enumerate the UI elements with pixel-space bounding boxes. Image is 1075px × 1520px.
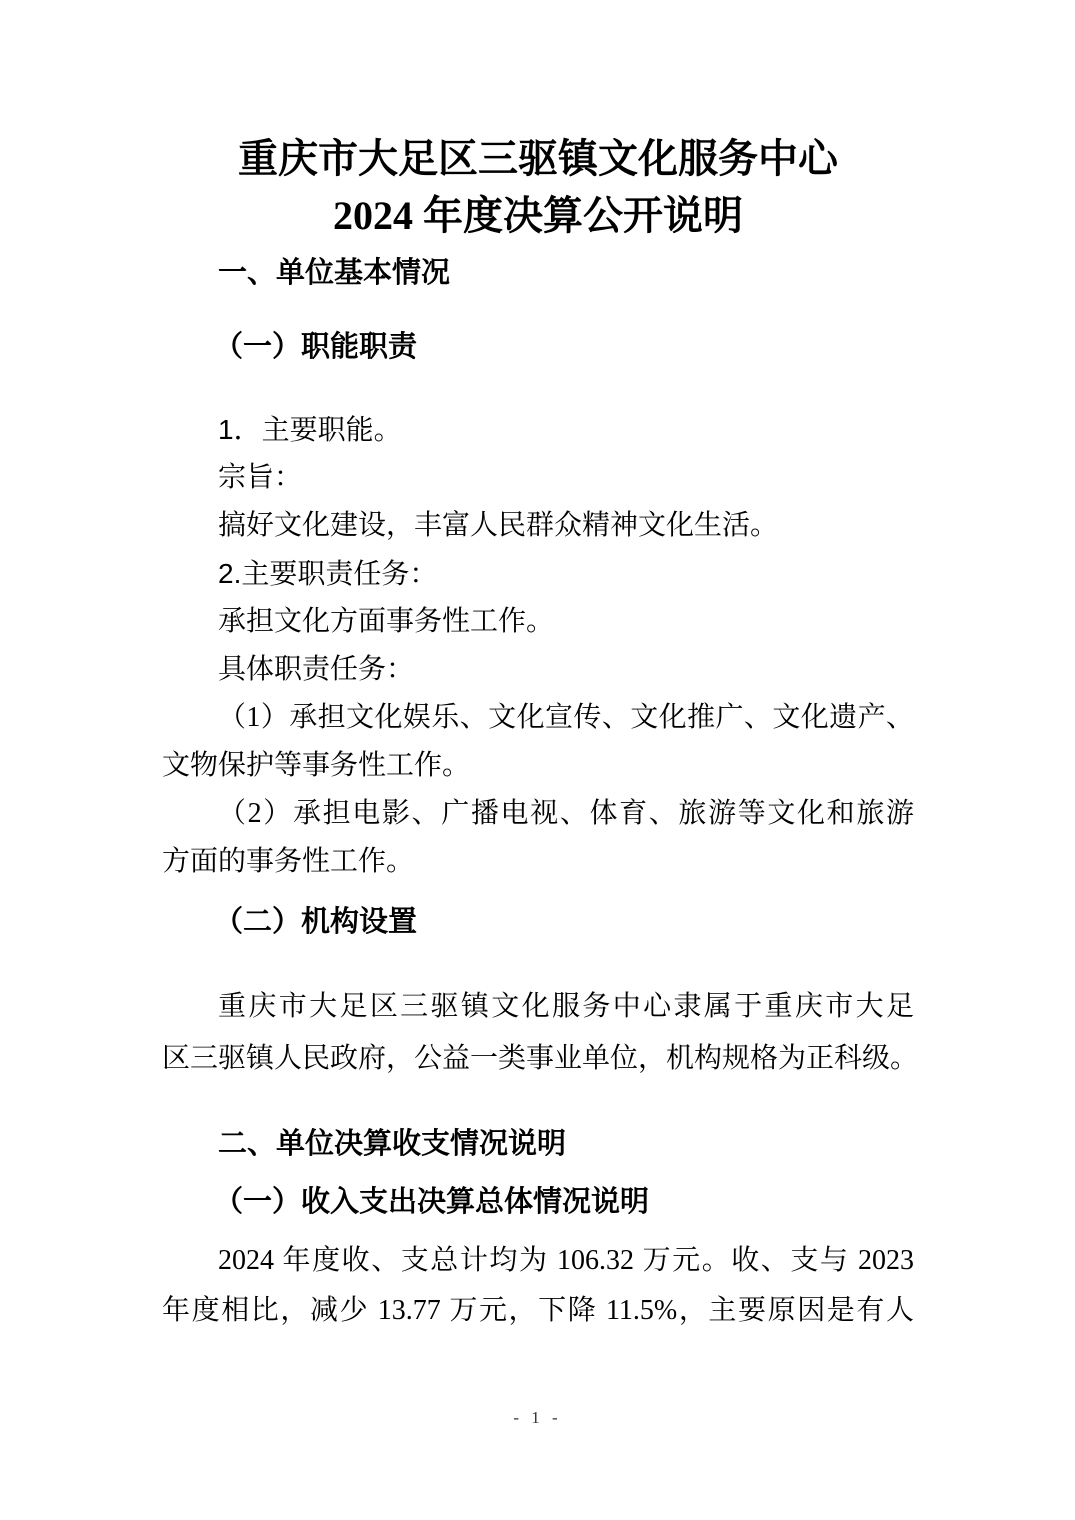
section-1-heading: 一、单位基本情况 bbox=[162, 249, 914, 297]
page-footer: - 1 - bbox=[0, 1406, 1075, 1430]
paragraph-purpose-label: 宗旨： bbox=[162, 454, 914, 502]
paragraph-org-line-2: 区三驱镇人民政府，公益一类事业单位，机构规格为正科级。 bbox=[162, 1033, 914, 1085]
paragraph-purpose: 搞好文化建设，丰富人民群众精神文化生活。 bbox=[162, 502, 914, 550]
paragraph-main-function-label: 1．主要职能。 bbox=[162, 406, 914, 454]
paragraph-duty-1-line-1: （1）承担文化娱乐、文化宣传、文化推广、文化遗产、 bbox=[162, 694, 914, 742]
paragraph-duty-1-line-2: 文物保护等事务性工作。 bbox=[162, 742, 914, 790]
paragraph-budget-summary-line-2: 年度相比，减少 13.77 万元，下降 11.5%，主要原因是有人 bbox=[162, 1286, 914, 1336]
paragraph-budget-summary-line-1: 2024 年度收、支总计均为 106.32 万元。收、支与 2023 bbox=[162, 1236, 914, 1286]
title-line-1: 重庆市大足区三驱镇文化服务中心 bbox=[162, 130, 914, 187]
paragraph-duty-2-line-2: 方面的事务性工作。 bbox=[162, 838, 914, 886]
section-2-sub-1-heading: （一）收入支出决算总体情况说明 bbox=[162, 1178, 914, 1226]
page-content: 重庆市大足区三驱镇文化服务中心 2024 年度决算公开说明 一、单位基本情况 （… bbox=[162, 130, 914, 1336]
title-line-2: 2024 年度决算公开说明 bbox=[162, 187, 914, 244]
paragraph-duties-detail-label: 具体职责任务： bbox=[162, 646, 914, 694]
paragraph-duty-2-line-1: （2）承担电影、广播电视、体育、旅游等文化和旅游 bbox=[162, 790, 914, 838]
paragraph-duties-label: 2.主要职责任务： bbox=[162, 550, 914, 598]
paragraph-org-line-1: 重庆市大足区三驱镇文化服务中心隶属于重庆市大足 bbox=[162, 981, 914, 1033]
document-title: 重庆市大足区三驱镇文化服务中心 2024 年度决算公开说明 bbox=[162, 130, 914, 244]
section-2-heading: 二、单位决算收支情况说明 bbox=[162, 1120, 914, 1168]
page-number: - 1 - bbox=[513, 1408, 561, 1427]
paragraph-duties: 承担文化方面事务性工作。 bbox=[162, 598, 914, 646]
section-1-sub-2-heading: （二）机构设置 bbox=[162, 898, 914, 946]
section-1-sub-1-heading: （一）职能职责 bbox=[162, 323, 914, 371]
